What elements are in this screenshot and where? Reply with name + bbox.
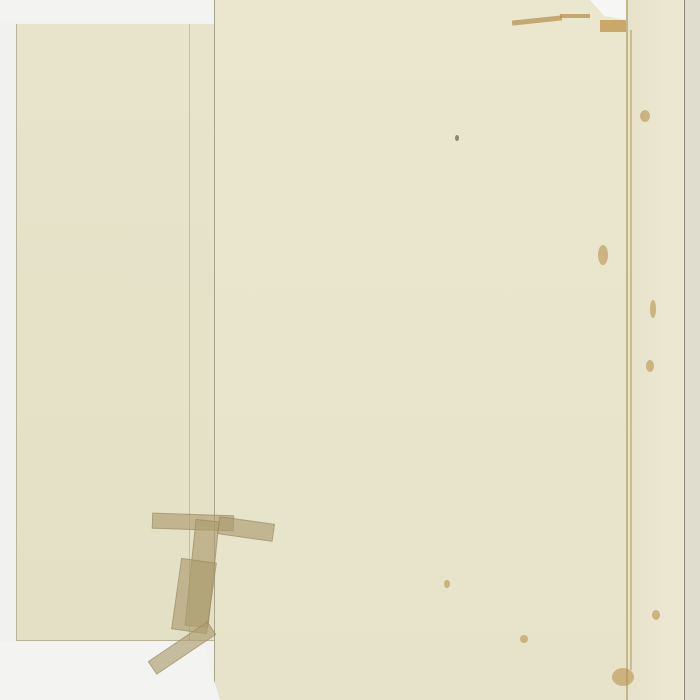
stain-mark bbox=[612, 668, 634, 686]
stain-mark bbox=[652, 610, 660, 620]
stain-mark bbox=[444, 580, 450, 588]
stain-mark bbox=[455, 135, 459, 141]
stain-mark bbox=[640, 110, 650, 122]
stained-fold bbox=[630, 30, 632, 670]
paper-sheet-right-flap bbox=[626, 0, 688, 700]
paper-sheet-main bbox=[214, 0, 631, 700]
fold-crease bbox=[189, 24, 190, 640]
stain-mark bbox=[520, 635, 528, 643]
stain-mark bbox=[646, 360, 654, 372]
stain-mark bbox=[650, 300, 656, 318]
scan-background-top bbox=[0, 0, 214, 23]
stain-mark bbox=[598, 245, 608, 265]
stain-mark bbox=[600, 20, 626, 32]
stain-mark bbox=[560, 14, 590, 18]
paper-sheet-left bbox=[16, 24, 217, 641]
paper-edge-strip bbox=[684, 0, 700, 700]
